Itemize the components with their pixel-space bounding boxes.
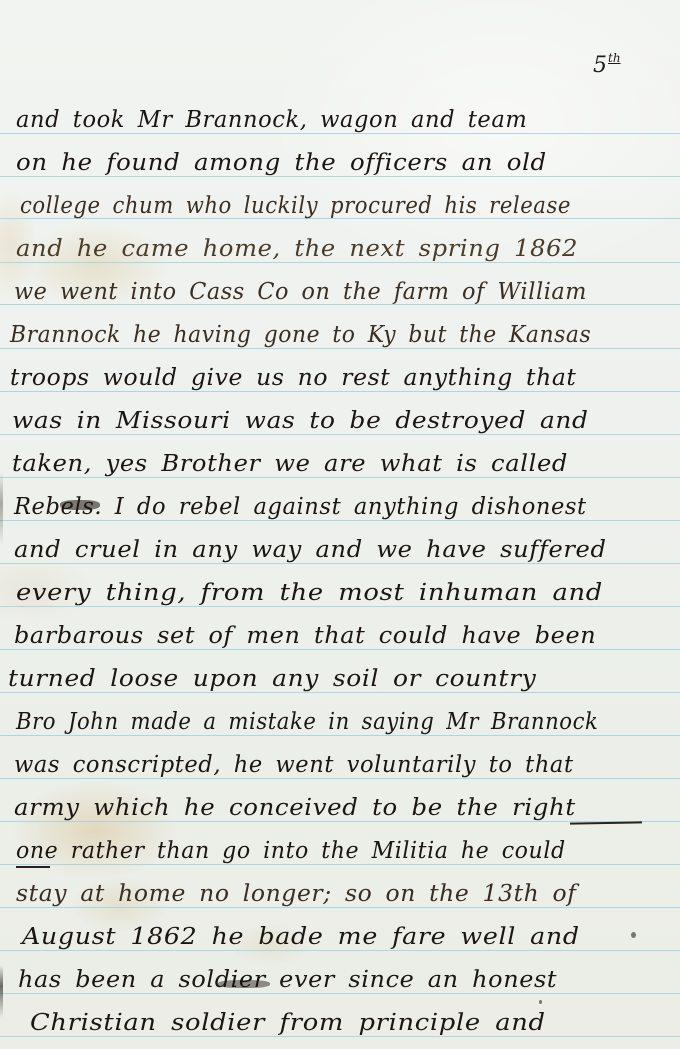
ink-blot [218, 980, 270, 988]
handwritten-line: college chum who luckily procured his re… [20, 191, 631, 221]
page-number: 5th [593, 52, 621, 77]
handwritten-line: August 1862 he bade me fare well and [22, 922, 680, 952]
handwritten-line: was conscripted, he went voluntarily to … [14, 750, 665, 780]
handwritten-line: every thing, from the most inhuman and [16, 578, 680, 608]
handwritten-line: taken, yes Brother we are what is called [12, 449, 680, 479]
underline-right [570, 821, 642, 824]
handwritten-line: one rather than go into the Militia he c… [16, 836, 653, 866]
handwritten-line: army which he conceived to be the right [14, 793, 680, 823]
letter-page: 5th and took Mr Brannock, wagon and team… [0, 0, 680, 1049]
handwritten-line: and cruel in any way and we have suffere… [14, 535, 680, 565]
ink-blot [60, 500, 100, 510]
handwritten-line: on he found among the officers an old [16, 148, 680, 178]
page-edge-shadow [0, 0, 3, 1049]
handwritten-line: Brannock he having gone to Ky but the Ka… [10, 320, 641, 350]
handwritten-line: stay at home no longer; so on the 13th o… [16, 879, 680, 909]
handwritten-line: and he came home, the next spring 1862 [16, 234, 680, 264]
handwritten-line: Rebels. I do rebel against anything dish… [14, 492, 665, 522]
page-number-value: 5 [593, 53, 607, 78]
handwritten-line: turned loose upon any soil or country [8, 664, 680, 694]
underline-one [16, 866, 50, 868]
page-number-suffix: th [608, 51, 621, 65]
handwritten-line: we went into Cass Co on the farm of Will… [14, 277, 658, 307]
handwritten-line: has been a soldier ever since an honest [18, 965, 680, 995]
handwritten-line: was in Missouri was to be destroyed and [12, 406, 680, 436]
ink-dot [539, 1000, 542, 1004]
handwritten-line: barbarous set of men that could have bee… [14, 621, 680, 651]
handwritten-line: Bro John made a mistake in saying Mr Bra… [16, 707, 627, 737]
handwritten-line: Christian soldier from principle and [30, 1008, 680, 1038]
ink-dot [631, 932, 636, 938]
handwritten-line: troops would give us no rest anything th… [10, 363, 680, 393]
handwritten-line: and took Mr Brannock, wagon and team [16, 105, 667, 135]
